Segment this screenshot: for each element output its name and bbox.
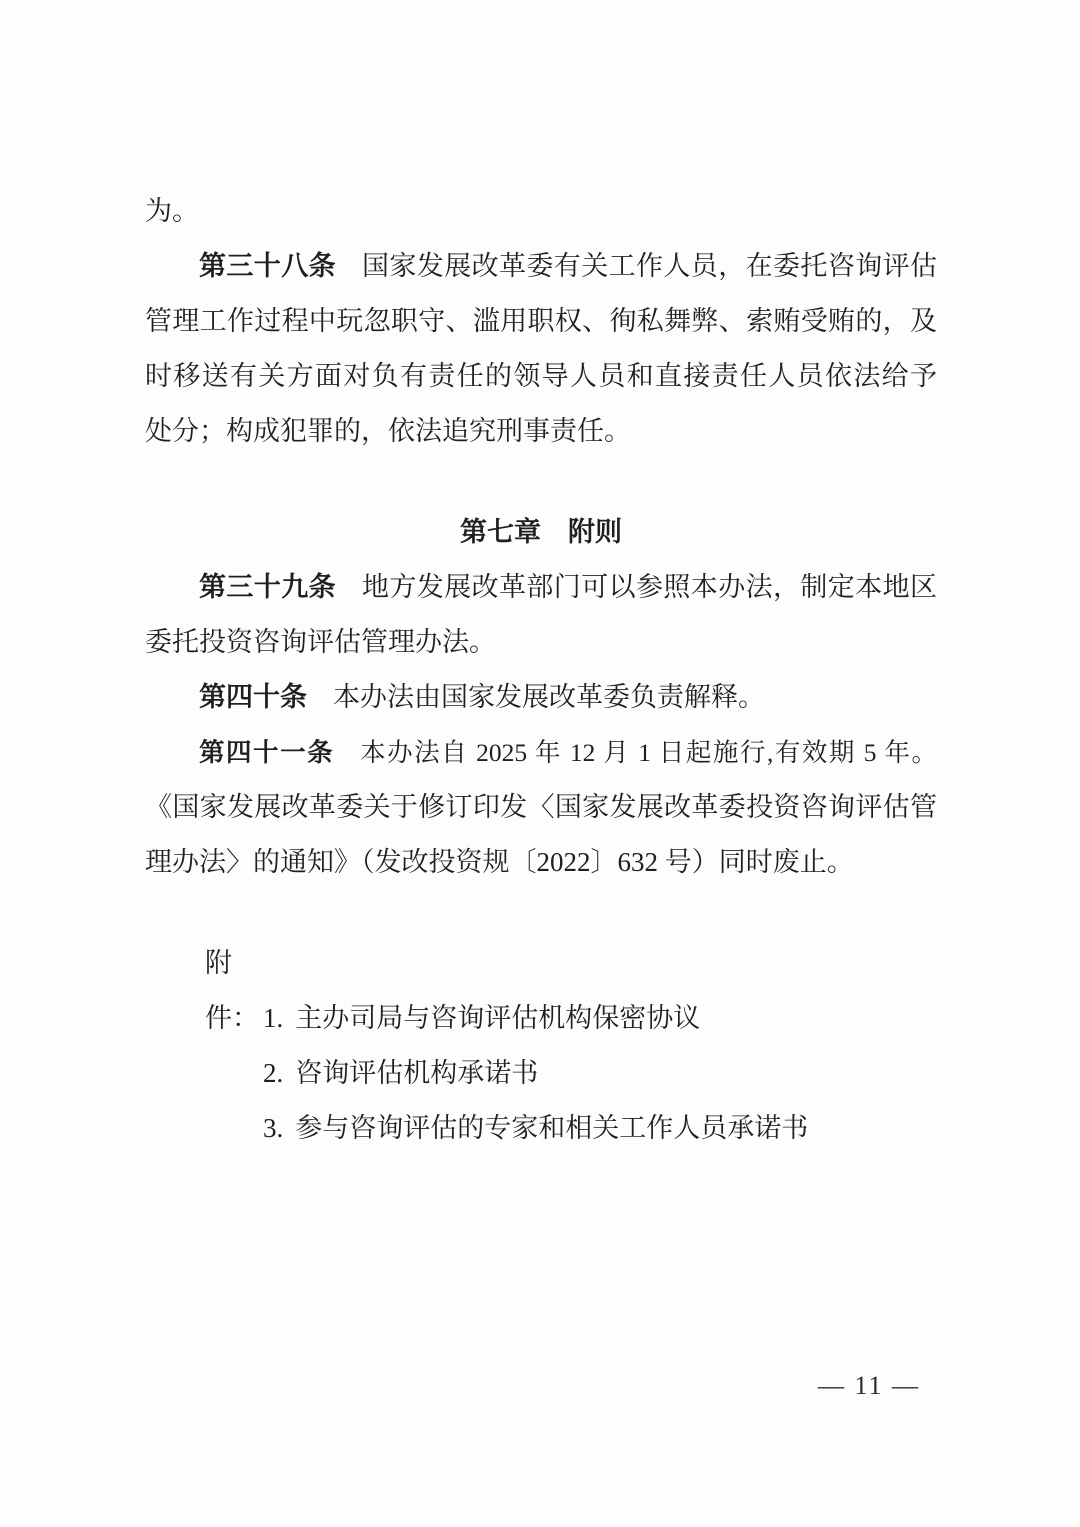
paragraph-continuation: 为。 (145, 184, 937, 239)
article-38-line-1: 第三十八条国家发展改革委有关工作人员，在委托咨询评估 (145, 239, 937, 294)
article-41-line-3: 理办法〉的通知》（发改投资规〔2022〕632 号）同时废止。 (145, 835, 937, 890)
article-38-line-3: 时移送有关方面对负有责任的领导人员和直接责任人员依法给予 (145, 349, 937, 404)
article-39-line-1: 第三十九条地方发展改革部门可以参照本办法，制定本地区 (145, 560, 937, 615)
article-39: 第三十九条地方发展改革部门可以参照本办法，制定本地区 委托投资咨询评估管理办法。 (145, 560, 937, 670)
article-41: 第四十一条本办法自 2025 年 12 月 1 日起施行,有效期 5 年。 《国… (145, 725, 937, 890)
attachments-section: 附件：1.主办司局与咨询评估机构保密协议 2.咨询评估机构承诺书 3.参与咨询评… (145, 936, 937, 1156)
article-41-label: 第四十一条 (199, 738, 334, 767)
article-41-line-2: 《国家发展改革委关于修订印发〈国家发展改革委投资咨询评估管 (145, 780, 937, 835)
article-38-label: 第三十八条 (199, 251, 336, 281)
article-40: 第四十条本办法由国家发展改革委负责解释。 (145, 670, 937, 725)
chapter-7-heading: 第七章 附则 (145, 505, 937, 560)
article-41-text-1: 本办法自 2025 年 12 月 1 日起施行,有效期 5 年。 (360, 738, 937, 767)
attachment-item-2: 2.咨询评估机构承诺书 (145, 1046, 937, 1101)
attachment-2-number: 2. (263, 1046, 283, 1101)
article-41-line-1: 第四十一条本办法自 2025 年 12 月 1 日起施行,有效期 5 年。 (145, 725, 937, 780)
article-39-line-2: 委托投资咨询评估管理办法。 (145, 615, 937, 670)
article-38-line-2: 管理工作过程中玩忽职守、滥用职权、徇私舞弊、索贿受贿的，及 (145, 294, 937, 349)
attachment-1-number: 1. (263, 991, 283, 1046)
attachment-3-title: 参与咨询评估的专家和相关工作人员承诺书 (295, 1113, 808, 1143)
attachment-1-title: 主办司局与咨询评估机构保密协议 (295, 1003, 700, 1033)
article-40-text: 本办法由国家发展改革委负责解释。 (333, 682, 765, 712)
page-number: — 11 — (818, 1366, 920, 1406)
attachment-3-number: 3. (263, 1101, 283, 1156)
attachment-2-title: 咨询评估机构承诺书 (295, 1058, 538, 1088)
attachments-label: 附件： (205, 936, 263, 1046)
attachment-item-1: 附件：1.主办司局与咨询评估机构保密协议 (145, 936, 937, 1046)
article-39-text-1: 地方发展改革部门可以参照本办法，制定本地区 (362, 572, 937, 602)
attachment-item-3: 3.参与咨询评估的专家和相关工作人员承诺书 (145, 1101, 937, 1156)
document-page: 为。 第三十八条国家发展改革委有关工作人员，在委托咨询评估 管理工作过程中玩忽职… (0, 0, 1080, 1527)
article-38: 第三十八条国家发展改革委有关工作人员，在委托咨询评估 管理工作过程中玩忽职守、滥… (145, 239, 937, 459)
article-38-line-4: 处分；构成犯罪的，依法追究刑事责任。 (145, 404, 937, 459)
text-column: 为。 第三十八条国家发展改革委有关工作人员，在委托咨询评估 管理工作过程中玩忽职… (0, 0, 1080, 1156)
article-40-line-1: 第四十条本办法由国家发展改革委负责解释。 (145, 670, 937, 725)
article-40-label: 第四十条 (199, 682, 307, 712)
article-39-label: 第三十九条 (199, 572, 336, 602)
article-38-text-1: 国家发展改革委有关工作人员，在委托咨询评估 (362, 251, 937, 281)
